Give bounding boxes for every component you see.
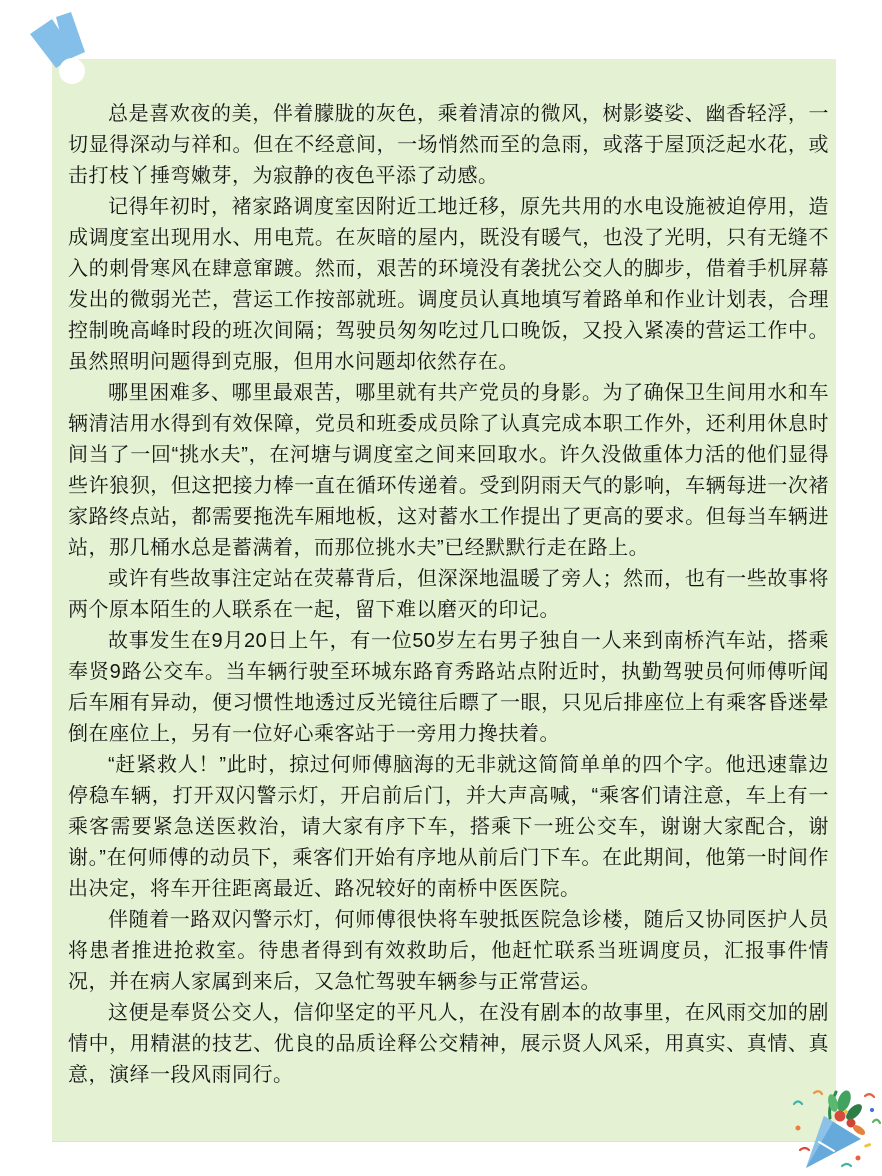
- confetti: [842, 1164, 851, 1166]
- confetti: [865, 1094, 874, 1097]
- confetti: [794, 1102, 802, 1105]
- paragraph: 这便是奉贤公交人，信仰坚定的平凡人，在没有剧本的故事里，在风雨交加的剧情中，用精…: [68, 998, 829, 1091]
- paragraph: 哪里困难多、哪里最艰苦，哪里就有共产党员的身影。为了确保卫生间用水和车辆清洁用水…: [68, 378, 829, 564]
- confetti: [870, 1108, 874, 1112]
- paragraph: “赶紧救人！”此时，掠过何师傅脑海的无非就这简简单单的四个字。他迅速靠边停稳车辆…: [68, 750, 829, 905]
- confetti: [864, 1143, 872, 1148]
- bouquet-flower: [835, 1111, 846, 1122]
- paragraph: 伴随着一路双闪警示灯，何师傅很快将车驶抵医院急诊楼，随后又协同医护人员将患者推进…: [68, 905, 829, 998]
- paragraph: 记得年初时，褚家路调度室因附近工地迁移，原先共用的水电设施被迫停用，造成调度室出…: [68, 192, 829, 378]
- paragraph: 或许有些故事注定站在荧幕背后，但深深地温暖了旁人；然而，也有一些故事将两个原本陌…: [68, 564, 829, 626]
- paragraph: 总是喜欢夜的美，伴着朦胧的灰色，乘着清凉的微风，树影婆娑、幽香轻浮，一切显得深动…: [68, 99, 829, 192]
- confetti: [856, 1156, 861, 1161]
- shuttlecock-head: [59, 58, 85, 84]
- confetti: [800, 1148, 809, 1150]
- confetti: [814, 1091, 822, 1094]
- shuttlecock-icon: [18, 10, 110, 98]
- paragraph: 故事发生在9月20日上午，有一位50岁左右男子独自一人来到南桥汽车站，搭乘奉贤9…: [68, 626, 829, 750]
- confetti: [873, 1120, 880, 1123]
- bouquet-flower: [844, 1110, 848, 1114]
- document-panel: 总是喜欢夜的美，伴着朦胧的灰色，乘着清凉的微风，树影婆娑、幽香轻浮，一切显得深动…: [52, 59, 836, 1141]
- confetti: [796, 1126, 801, 1131]
- bouquet-icon: [786, 1088, 882, 1176]
- article-text: 总是喜欢夜的美，伴着朦胧的灰色，乘着清凉的微风，树影婆娑、幽香轻浮，一切显得深动…: [68, 99, 829, 1091]
- page: 总是喜欢夜的美，伴着朦胧的灰色，乘着清凉的微风，树影婆娑、幽香轻浮，一切显得深动…: [0, 0, 882, 1176]
